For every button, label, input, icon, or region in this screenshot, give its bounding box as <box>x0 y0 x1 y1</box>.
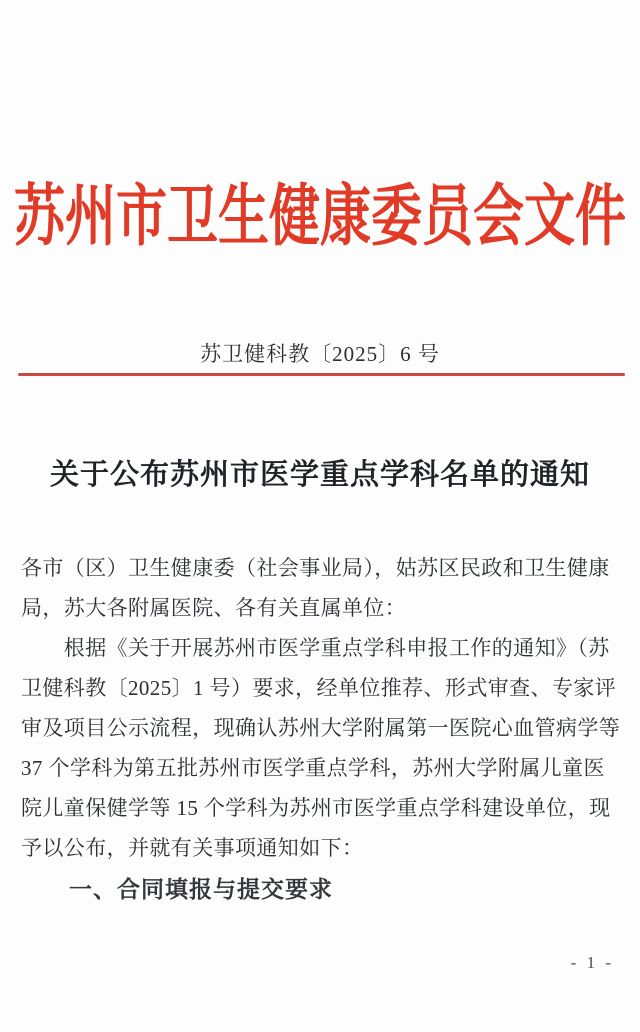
notice-title: 关于公布苏州市医学重点学科名单的通知 <box>0 452 640 493</box>
document-page: 苏州市卫生健康委员会文件 苏卫健科教〔2025〕6 号 关于公布苏州市医学重点学… <box>0 0 640 1032</box>
section-heading: 一、合同填报与提交要求 <box>21 868 621 910</box>
body-line: 局，苏大各附属医院、各有关直属单位： <box>21 588 621 628</box>
page-number: - 1 - <box>571 953 614 973</box>
body-line: 审及项目公示流程，现确认苏州大学附属第一医院心血管病学等 <box>21 708 621 748</box>
notice-body: 各市（区）卫生健康委（社会事业局），姑苏区民政和卫生健康局，苏大各附属医院、各有… <box>21 548 621 910</box>
body-line: 根据《关于开展苏州市医学重点学科申报工作的通知》（苏 <box>21 628 621 668</box>
body-line: 各市（区）卫生健康委（社会事业局），姑苏区民政和卫生健康 <box>21 548 621 588</box>
body-line: 37 个学科为第五批苏州市医学重点学科，苏州大学附属儿童医 <box>21 748 621 788</box>
document-header-title: 苏州市卫生健康委员会文件 <box>0 178 640 259</box>
body-line: 卫健科教〔2025〕1 号）要求，经单位推荐、形式审查、专家评 <box>21 668 621 708</box>
document-number: 苏卫健科教〔2025〕6 号 <box>0 338 640 368</box>
body-line: 予以公布，并就有关事项通知如下： <box>21 828 621 868</box>
header-divider-line <box>18 373 625 376</box>
body-line: 院儿童保健学等 15 个学科为苏州市医学重点学科建设单位，现 <box>21 788 621 828</box>
